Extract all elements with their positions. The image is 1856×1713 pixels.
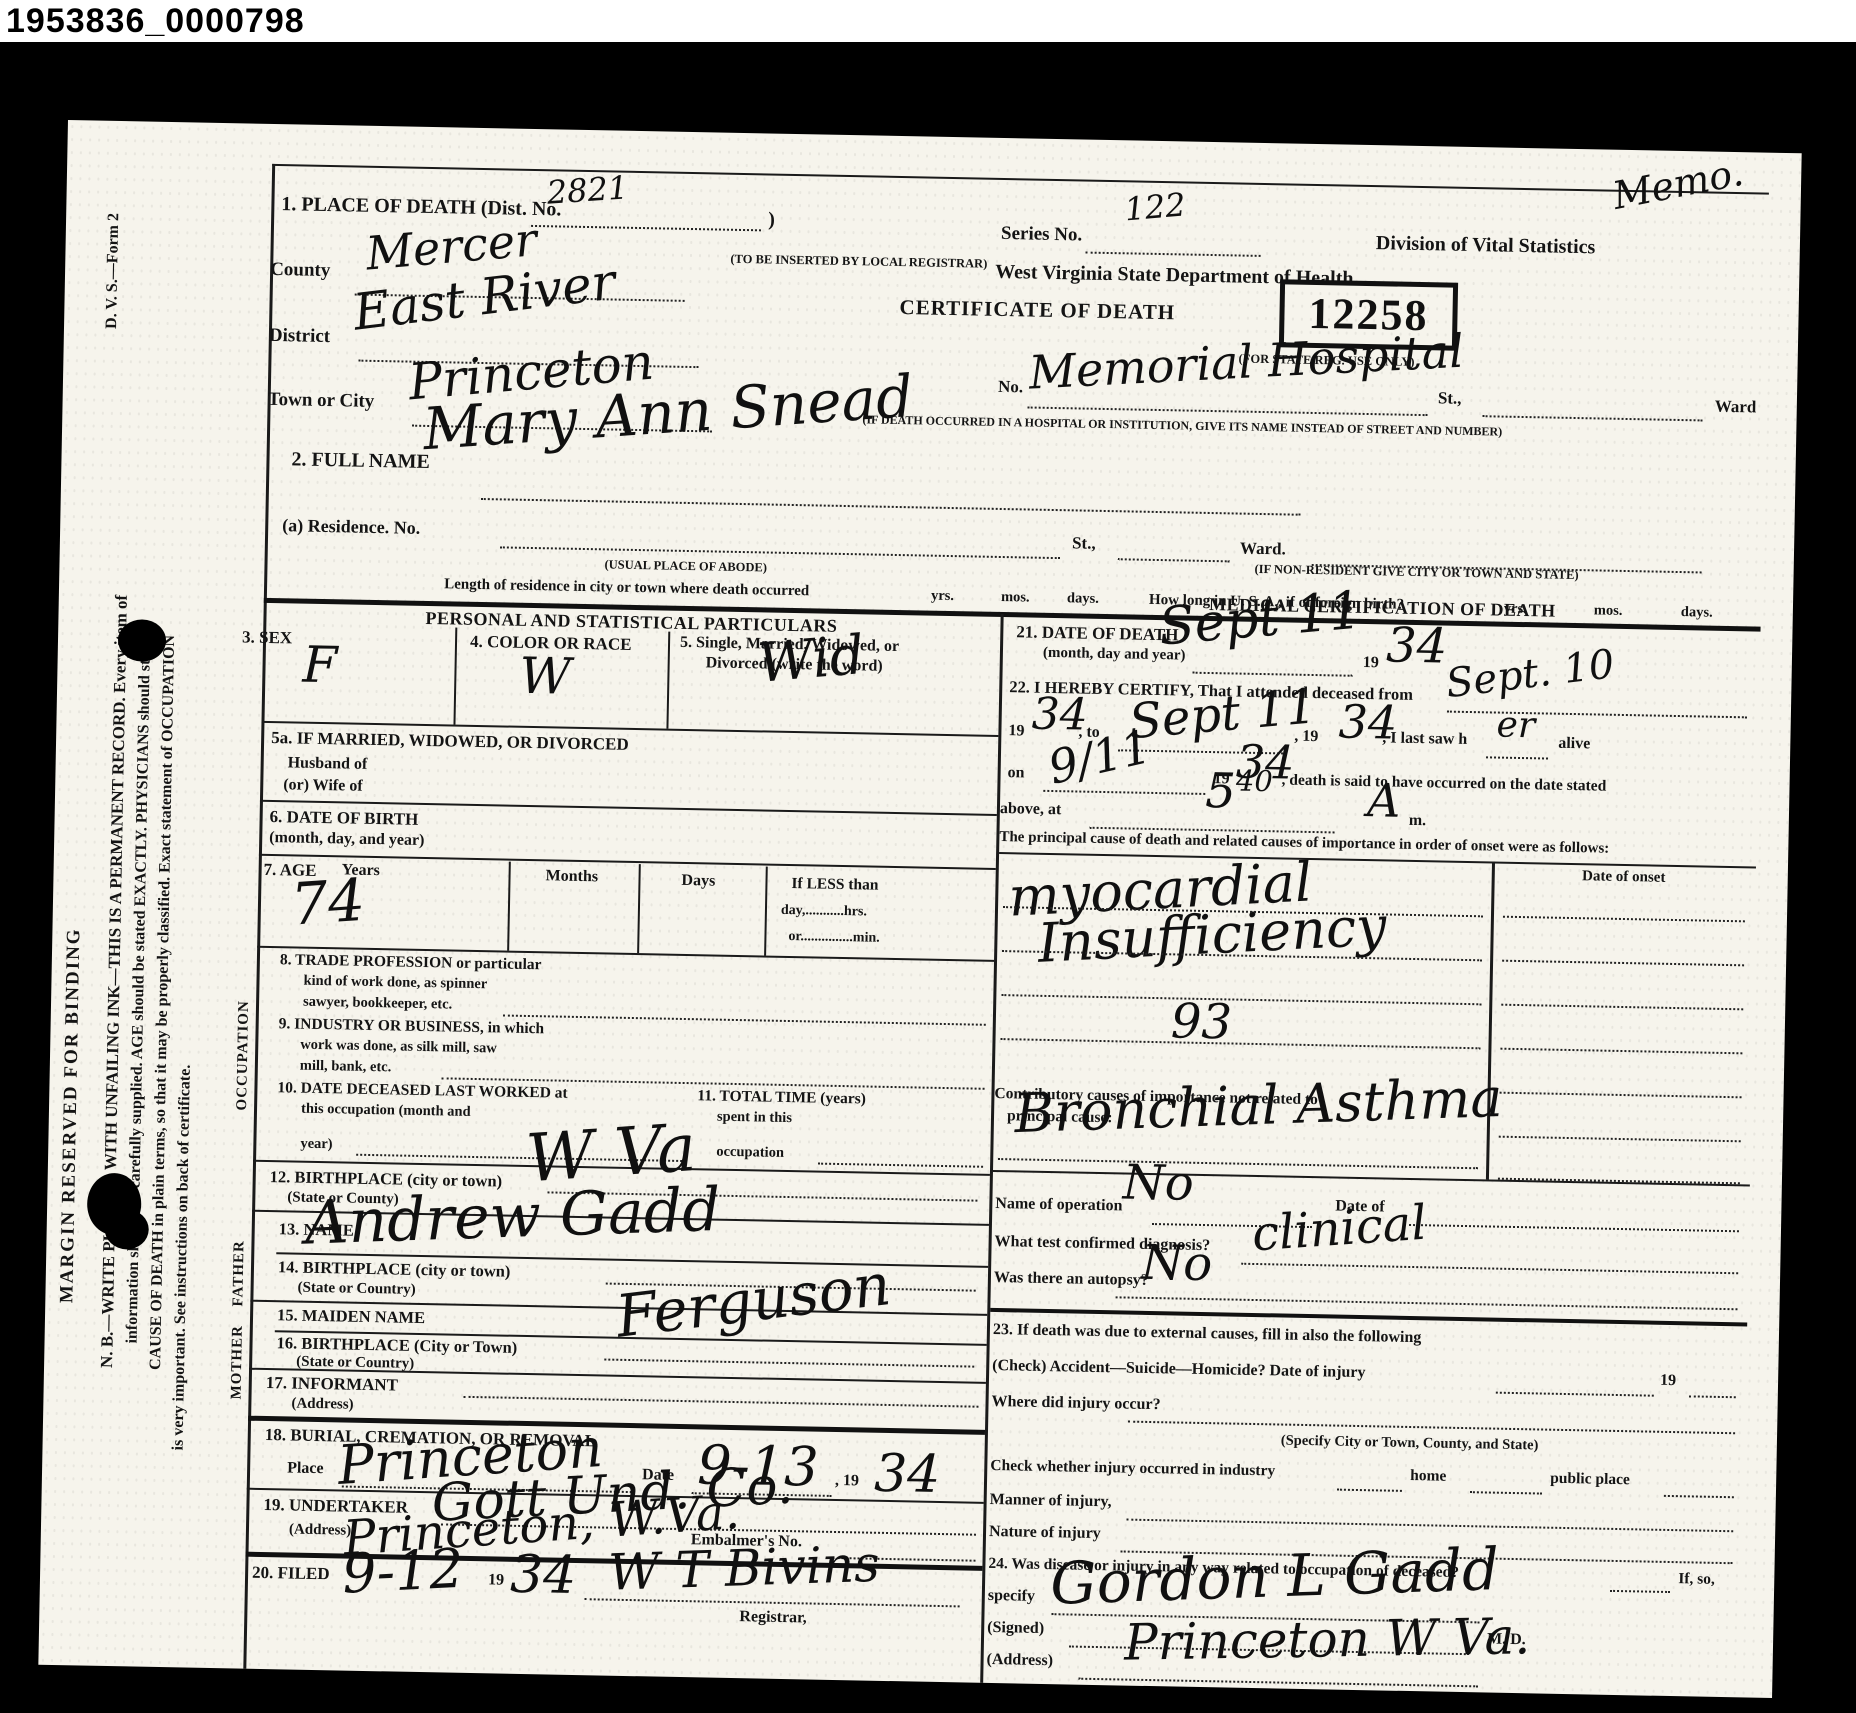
cell-divider <box>764 867 768 956</box>
s11-label-3: occupation <box>716 1145 784 1162</box>
scanned-death-certificate: 1953836_0000798 D. V. S.—Form 2 MARGIN R… <box>0 0 1856 1713</box>
margin-binding-note: MARGIN RESERVED FOR BINDING <box>54 760 87 1470</box>
home-label: home <box>1410 1468 1446 1485</box>
abode-note: (USUAL PLACE OF ABODE) <box>604 558 767 574</box>
filed-date-value: 9-12 <box>341 1542 465 1602</box>
s9-label-1: 9. INDUSTRY OR BUSINESS, in which <box>279 1016 545 1037</box>
injury-19-label: 19 <box>1660 1373 1676 1390</box>
dotted-line <box>1126 1519 1733 1533</box>
margin-note-line5: is very important. See instructions on b… <box>168 912 197 1602</box>
dotted-line <box>1086 252 1261 257</box>
husband-of-label: Husband of <box>288 755 368 773</box>
s11-label-2: spent in this <box>717 1110 792 1127</box>
st-label: St., <box>1438 389 1462 407</box>
dotted-line <box>1500 1092 1742 1099</box>
specify-city-note: (Specify City or Town, County, and State… <box>1281 1434 1539 1454</box>
dotted-line <box>1499 1136 1741 1143</box>
margin-form-number: D. V. S.—Form 2 <box>103 176 123 366</box>
onset-column-divider <box>1486 861 1495 1179</box>
onset-header: Date of onset <box>1504 868 1744 888</box>
punch-hole <box>118 619 167 662</box>
fullname-label: 2. FULL NAME <box>291 449 430 473</box>
death-19-label: 19 <box>1363 655 1379 672</box>
onset-value: 93 <box>1170 997 1232 1046</box>
cell-divider <box>637 864 641 953</box>
dotted-line <box>1689 1395 1736 1398</box>
registrar-label: Registrar, <box>739 1609 807 1627</box>
alive-label: alive <box>1558 736 1590 753</box>
operation-label: Name of operation <box>995 1196 1122 1215</box>
specify-label: specify <box>988 1588 1035 1606</box>
attended-from-value: Sept. 10 <box>1444 644 1617 704</box>
s11-label-1: 11. TOTAL TIME (years) <box>697 1088 866 1107</box>
where-injury-label: Where did injury occur? <box>991 1394 1160 1414</box>
above-at-label: above, at <box>1000 801 1062 819</box>
dotted-line <box>1409 1224 1739 1232</box>
dotted-line <box>1486 756 1548 759</box>
s9-label-2: work was done, as silk mill, saw <box>300 1038 497 1057</box>
cause-box-bottom <box>993 1170 1750 1187</box>
s10-label-1: 10. DATE DECEASED LAST WORKED at <box>277 1080 568 1102</box>
mother-maiden-value: Ferguson <box>613 1255 894 1346</box>
ampm-value: A <box>1367 777 1401 824</box>
s17-sublabel: (Address) <box>291 1397 354 1414</box>
memo-annotation: Memo. <box>1610 153 1747 215</box>
check-accident-label: (Check) Accident—Suicide—Homicide? Date … <box>992 1358 1366 1382</box>
residence-ward-label: Ward. <box>1240 540 1286 559</box>
cell-divider <box>507 862 511 951</box>
manner-injury-label: Manner of injury, <box>990 1492 1112 1511</box>
if-so-label: If, so, <box>1678 1571 1715 1588</box>
death-year-value: 34 <box>1386 621 1448 670</box>
district-label: District <box>269 326 331 347</box>
dotted-line <box>1078 1678 1478 1688</box>
burial-19-label: , 19 <box>835 1473 859 1490</box>
dotted-line <box>1193 672 1353 677</box>
ifless-label-1: If LESS than <box>791 876 878 894</box>
dotted-line <box>1128 1421 1735 1435</box>
s8-label-3: sawyer, bookkeeper, etc. <box>303 995 452 1013</box>
s15-label: 15. MAIDEN NAME <box>277 1306 425 1326</box>
dotted-line <box>1502 960 1744 967</box>
dotted-line <box>1610 1590 1670 1593</box>
contrib-value: Bronchial Asthma <box>1014 1071 1504 1141</box>
certificate-sheet: D. V. S.—Form 2 MARGIN RESERVED FOR BIND… <box>38 120 1801 1698</box>
on-label: on <box>1007 765 1024 782</box>
dotted-line <box>604 1359 974 1368</box>
s14-label-1: 14. BIRTHPLACE (city or town) <box>278 1258 511 1280</box>
dotted-line <box>464 1396 979 1408</box>
s20-label: 20. FILED <box>252 1564 330 1583</box>
s17-label: 17. INFORMANT <box>266 1374 399 1394</box>
dotted-line <box>1337 1489 1402 1492</box>
dotted-line <box>1664 1495 1734 1498</box>
s23-label: 23. If death was due to external causes,… <box>993 1322 1422 1347</box>
nonresident-note: (IF NON-RESIDENT GIVE CITY OR TOWN AND S… <box>1254 563 1578 582</box>
length-residence-label: Length of residence in city or town wher… <box>444 577 809 600</box>
ifless-label-3: or...............min. <box>788 930 880 946</box>
age-days-header: Days <box>681 873 715 890</box>
age-years-value: 74 <box>289 871 367 934</box>
s14-label-2: (State or Country) <box>297 1281 415 1299</box>
dotted-line <box>818 1163 983 1168</box>
dob-sublabel: (month, day, and year) <box>269 830 424 850</box>
dotted-line <box>1470 1491 1542 1494</box>
dotted-line <box>1447 711 1747 719</box>
yrs-label: yrs. <box>931 589 954 605</box>
filed-year-value: 34 <box>510 1549 577 1602</box>
ward-label: Ward <box>1715 398 1757 417</box>
series-no-value: 122 <box>1123 188 1187 225</box>
district-number-value: 2821 <box>546 171 629 208</box>
dotted-line <box>1500 1048 1742 1055</box>
autopsy-label: Was there an autopsy? <box>994 1270 1149 1290</box>
death-time-value: 540 <box>1205 766 1273 816</box>
m-label: m. <box>1409 813 1427 830</box>
occupation-side-label: OCCUPATION <box>234 961 253 1149</box>
dotted-line <box>1501 1004 1743 1011</box>
wife-of-label: (or) Wife of <box>283 777 363 795</box>
scan-header-bar: 1953836_0000798 <box>0 0 1856 42</box>
nature-injury-label: Nature of injury <box>989 1524 1101 1543</box>
dotted-line <box>481 498 1301 516</box>
hospital-no-label: No. <box>998 378 1023 396</box>
s9-label-3: mill, bank, etc. <box>300 1059 392 1076</box>
form-top-border <box>272 164 1769 195</box>
physician-address: Princeton W Va. <box>1124 1611 1531 1667</box>
dotted-line <box>1028 406 1428 416</box>
filed-19-label: 19 <box>488 1572 504 1589</box>
dotted-line <box>1496 1392 1654 1397</box>
injury-industry-label: Check whether injury occurred in industr… <box>990 1458 1275 1480</box>
death-date-value: Sept 11 <box>1157 584 1364 653</box>
registrar-signature: W T Bivins <box>608 1539 881 1598</box>
age-months-header: Months <box>545 868 598 886</box>
father-name-value: Andrew Gadd <box>304 1180 721 1254</box>
dob-label: 6. DATE OF BIRTH <box>269 808 418 829</box>
burial-year-value: 34 <box>874 1448 941 1501</box>
series-no-label: Series No. <box>1001 224 1083 245</box>
s5a-label: 5a. IF MARRIED, WIDOWED, OR DIVORCED <box>271 729 629 754</box>
hospital-value: Memorial Hospital <box>1028 328 1465 396</box>
last-saw-value: er <box>1496 708 1535 745</box>
public-place-label: public place <box>1550 1471 1630 1489</box>
operation-value: No <box>1122 1158 1194 1207</box>
to-19-label: , 19 <box>1294 729 1318 746</box>
cell-divider <box>666 632 670 729</box>
dotted-line <box>1118 558 1230 562</box>
scan-id: 1953836_0000798 <box>6 2 305 41</box>
mother-side-label: MOTHER <box>229 1303 246 1421</box>
test-value: clinical <box>1251 1199 1429 1259</box>
hospital-note: (IF DEATH OCCURRED IN A HOSPITAL OR INST… <box>862 413 1502 438</box>
marital-value: Wid <box>756 628 867 691</box>
division-title: Division of Vital Statistics <box>1376 233 1596 258</box>
residence-st-label: St., <box>1072 534 1096 552</box>
certificate-title: CERTIFICATE OF DEATH <box>899 296 1175 323</box>
dotted-line <box>531 225 761 231</box>
dotted-line <box>585 1598 960 1607</box>
paren-close: ) <box>768 209 775 230</box>
dotted-line <box>1503 916 1745 923</box>
s8-label-1: 8. TRADE PROFESSION or particular <box>280 952 542 973</box>
signed-label: (Signed) <box>987 1620 1044 1638</box>
sex-value: F <box>302 640 338 691</box>
from-19-label: 19 <box>1008 723 1024 740</box>
sex-label: 3. SEX <box>242 628 292 647</box>
dotted-line <box>500 546 1060 559</box>
dotted-line <box>1241 1263 1738 1275</box>
autopsy-value: No <box>1141 1239 1213 1288</box>
dotted-line <box>998 1158 1478 1169</box>
dotted-line <box>503 1015 986 1026</box>
dotted-line <box>1001 994 1481 1005</box>
s16-label-1: 16. BIRTHPLACE (City or Town) <box>276 1334 517 1356</box>
address-label: (Address) <box>986 1652 1053 1670</box>
occurred-label: , death is said to have occurred on the … <box>1281 772 1606 794</box>
race-value: W <box>519 651 571 702</box>
s10-label-2: this occupation (month and <box>301 1102 471 1120</box>
s8-label-2: kind of work done, as spinner <box>303 974 487 993</box>
lastsaw-label: , I last saw h <box>1382 730 1467 748</box>
cell-divider <box>453 628 457 725</box>
s10-label-3: year) <box>300 1137 332 1153</box>
physician-signature: Gordon L Gadd <box>1049 1540 1500 1613</box>
ifless-label-2: day,...........hrs. <box>781 904 867 920</box>
place-label: Place <box>287 1460 324 1477</box>
s21-label-1: 21. DATE OF DEATH <box>1016 623 1178 644</box>
dotted-line <box>1116 1296 1738 1310</box>
dotted-line <box>1001 1038 1481 1049</box>
series-sublabel: (TO BE INSERTED BY LOCAL REGISTRAR) <box>730 253 987 271</box>
county-label: County <box>270 260 331 281</box>
dotted-line <box>1483 415 1703 421</box>
town-label: Town or City <box>267 390 374 412</box>
residence-label: (a) Residence. No. <box>282 516 420 538</box>
